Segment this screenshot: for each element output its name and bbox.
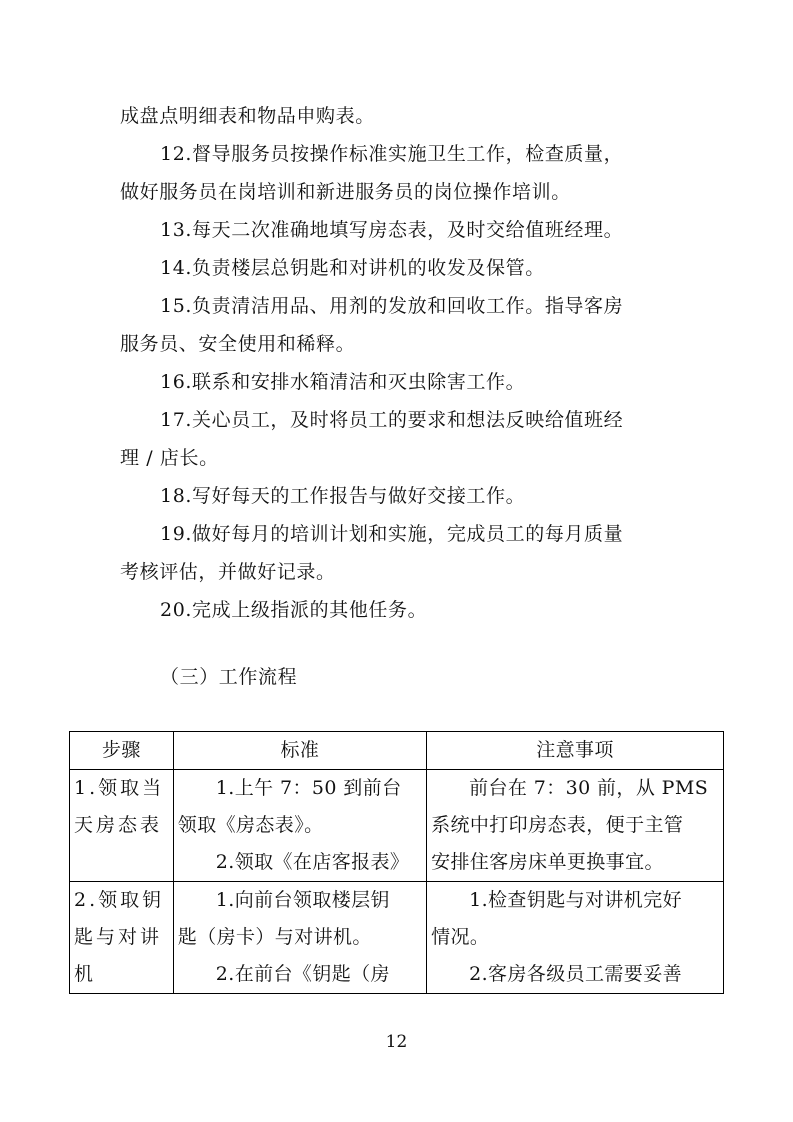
cell-line: 情况。 [431, 919, 719, 956]
body-line: 做好服务员在岗培训和新进服务员的岗位操作培训。 [120, 180, 571, 204]
header-notes: 注意事项 [427, 732, 724, 770]
body-line: 理 / 店长。 [120, 446, 219, 470]
cell-notes: 前台在 7：30 前，从 PMS系统中打印房态表，便于主管安排住客房床单更换事宜… [427, 770, 724, 882]
table-row: 1.领取当天房态表1.上午 7：50 到前台领取《房态表》。2.领取《在店客报表… [70, 770, 724, 882]
workflow-table: 步骤 标准 注意事项 1.领取当天房态表1.上午 7：50 到前台领取《房态表》… [69, 731, 724, 994]
cell-notes: 1.检查钥匙与对讲机完好情况。2.客房各级员工需要妥善 [427, 882, 724, 994]
table-header-row: 步骤 标准 注意事项 [70, 732, 724, 770]
cell-line: 1.检查钥匙与对讲机完好 [431, 882, 719, 919]
table-row: 2.领取钥匙与对讲机1.向前台领取楼层钥匙（房卡）与对讲机。2.在前台《钥匙（房… [70, 882, 724, 994]
body-line: 15.负责清洁用品、用剂的发放和回收工作。指导客房 [160, 294, 623, 318]
body-line: 17.关心员工，及时将员工的要求和想法反映给值班经 [160, 408, 623, 432]
body-line: 14.负责楼层总钥匙和对讲机的收发及保管。 [160, 256, 545, 280]
cell-line: 机 [74, 956, 169, 993]
cell-standard: 1.上午 7：50 到前台领取《房态表》。2.领取《在店客报表》 [173, 770, 426, 882]
cell-line: 匙（房卡）与对讲机。 [178, 919, 422, 956]
cell-line: 2.客房各级员工需要妥善 [431, 956, 719, 993]
body-line: 考核评估，并做好记录。 [120, 560, 336, 584]
body-line: 18.写好每天的工作报告与做好交接工作。 [160, 484, 525, 508]
body-line: 19.做好每月的培训计划和实施，完成员工的每月质量 [160, 522, 623, 546]
cell-line: 系统中打印房态表，便于主管 [431, 807, 719, 844]
cell-line: 1.向前台领取楼层钥 [178, 882, 422, 919]
cell-line: 2.在前台《钥匙（房 [178, 956, 422, 993]
body-line: 成盘点明细表和物品申购表。 [120, 104, 375, 128]
header-standard: 标准 [173, 732, 426, 770]
cell-line: 2.领取《在店客报表》 [178, 844, 422, 881]
cell-step: 2.领取钥匙与对讲机 [70, 882, 174, 994]
body-line: 12.督导服务员按操作标准实施卫生工作，检查质量， [160, 142, 623, 166]
table-body: 1.领取当天房态表1.上午 7：50 到前台领取《房态表》。2.领取《在店客报表… [70, 770, 724, 994]
page-number: 12 [0, 1032, 793, 1052]
body-line: 16.联系和安排水箱清洁和灭虫除害工作。 [160, 370, 525, 394]
cell-standard: 1.向前台领取楼层钥匙（房卡）与对讲机。2.在前台《钥匙（房 [173, 882, 426, 994]
section-heading: （三）工作流程 [160, 665, 297, 689]
body-line: 13.每天二次准确地填写房态表，及时交给值班经理。 [160, 218, 623, 242]
cell-step: 1.领取当天房态表 [70, 770, 174, 882]
cell-line: 前台在 7：30 前，从 PMS [431, 770, 719, 807]
cell-line: 领取《房态表》。 [178, 807, 422, 844]
cell-line: 匙与对讲 [74, 919, 169, 956]
cell-line: 1.领取当 [74, 770, 169, 807]
cell-line: 2.领取钥 [74, 882, 169, 919]
body-line: 20.完成上级指派的其他任务。 [160, 598, 427, 622]
body-line: 服务员、安全使用和稀释。 [120, 332, 355, 356]
cell-line: 安排住客房床单更换事宜。 [431, 844, 719, 881]
header-step: 步骤 [70, 732, 174, 770]
cell-line: 1.上午 7：50 到前台 [178, 770, 422, 807]
cell-line: 天房态表 [74, 807, 169, 844]
